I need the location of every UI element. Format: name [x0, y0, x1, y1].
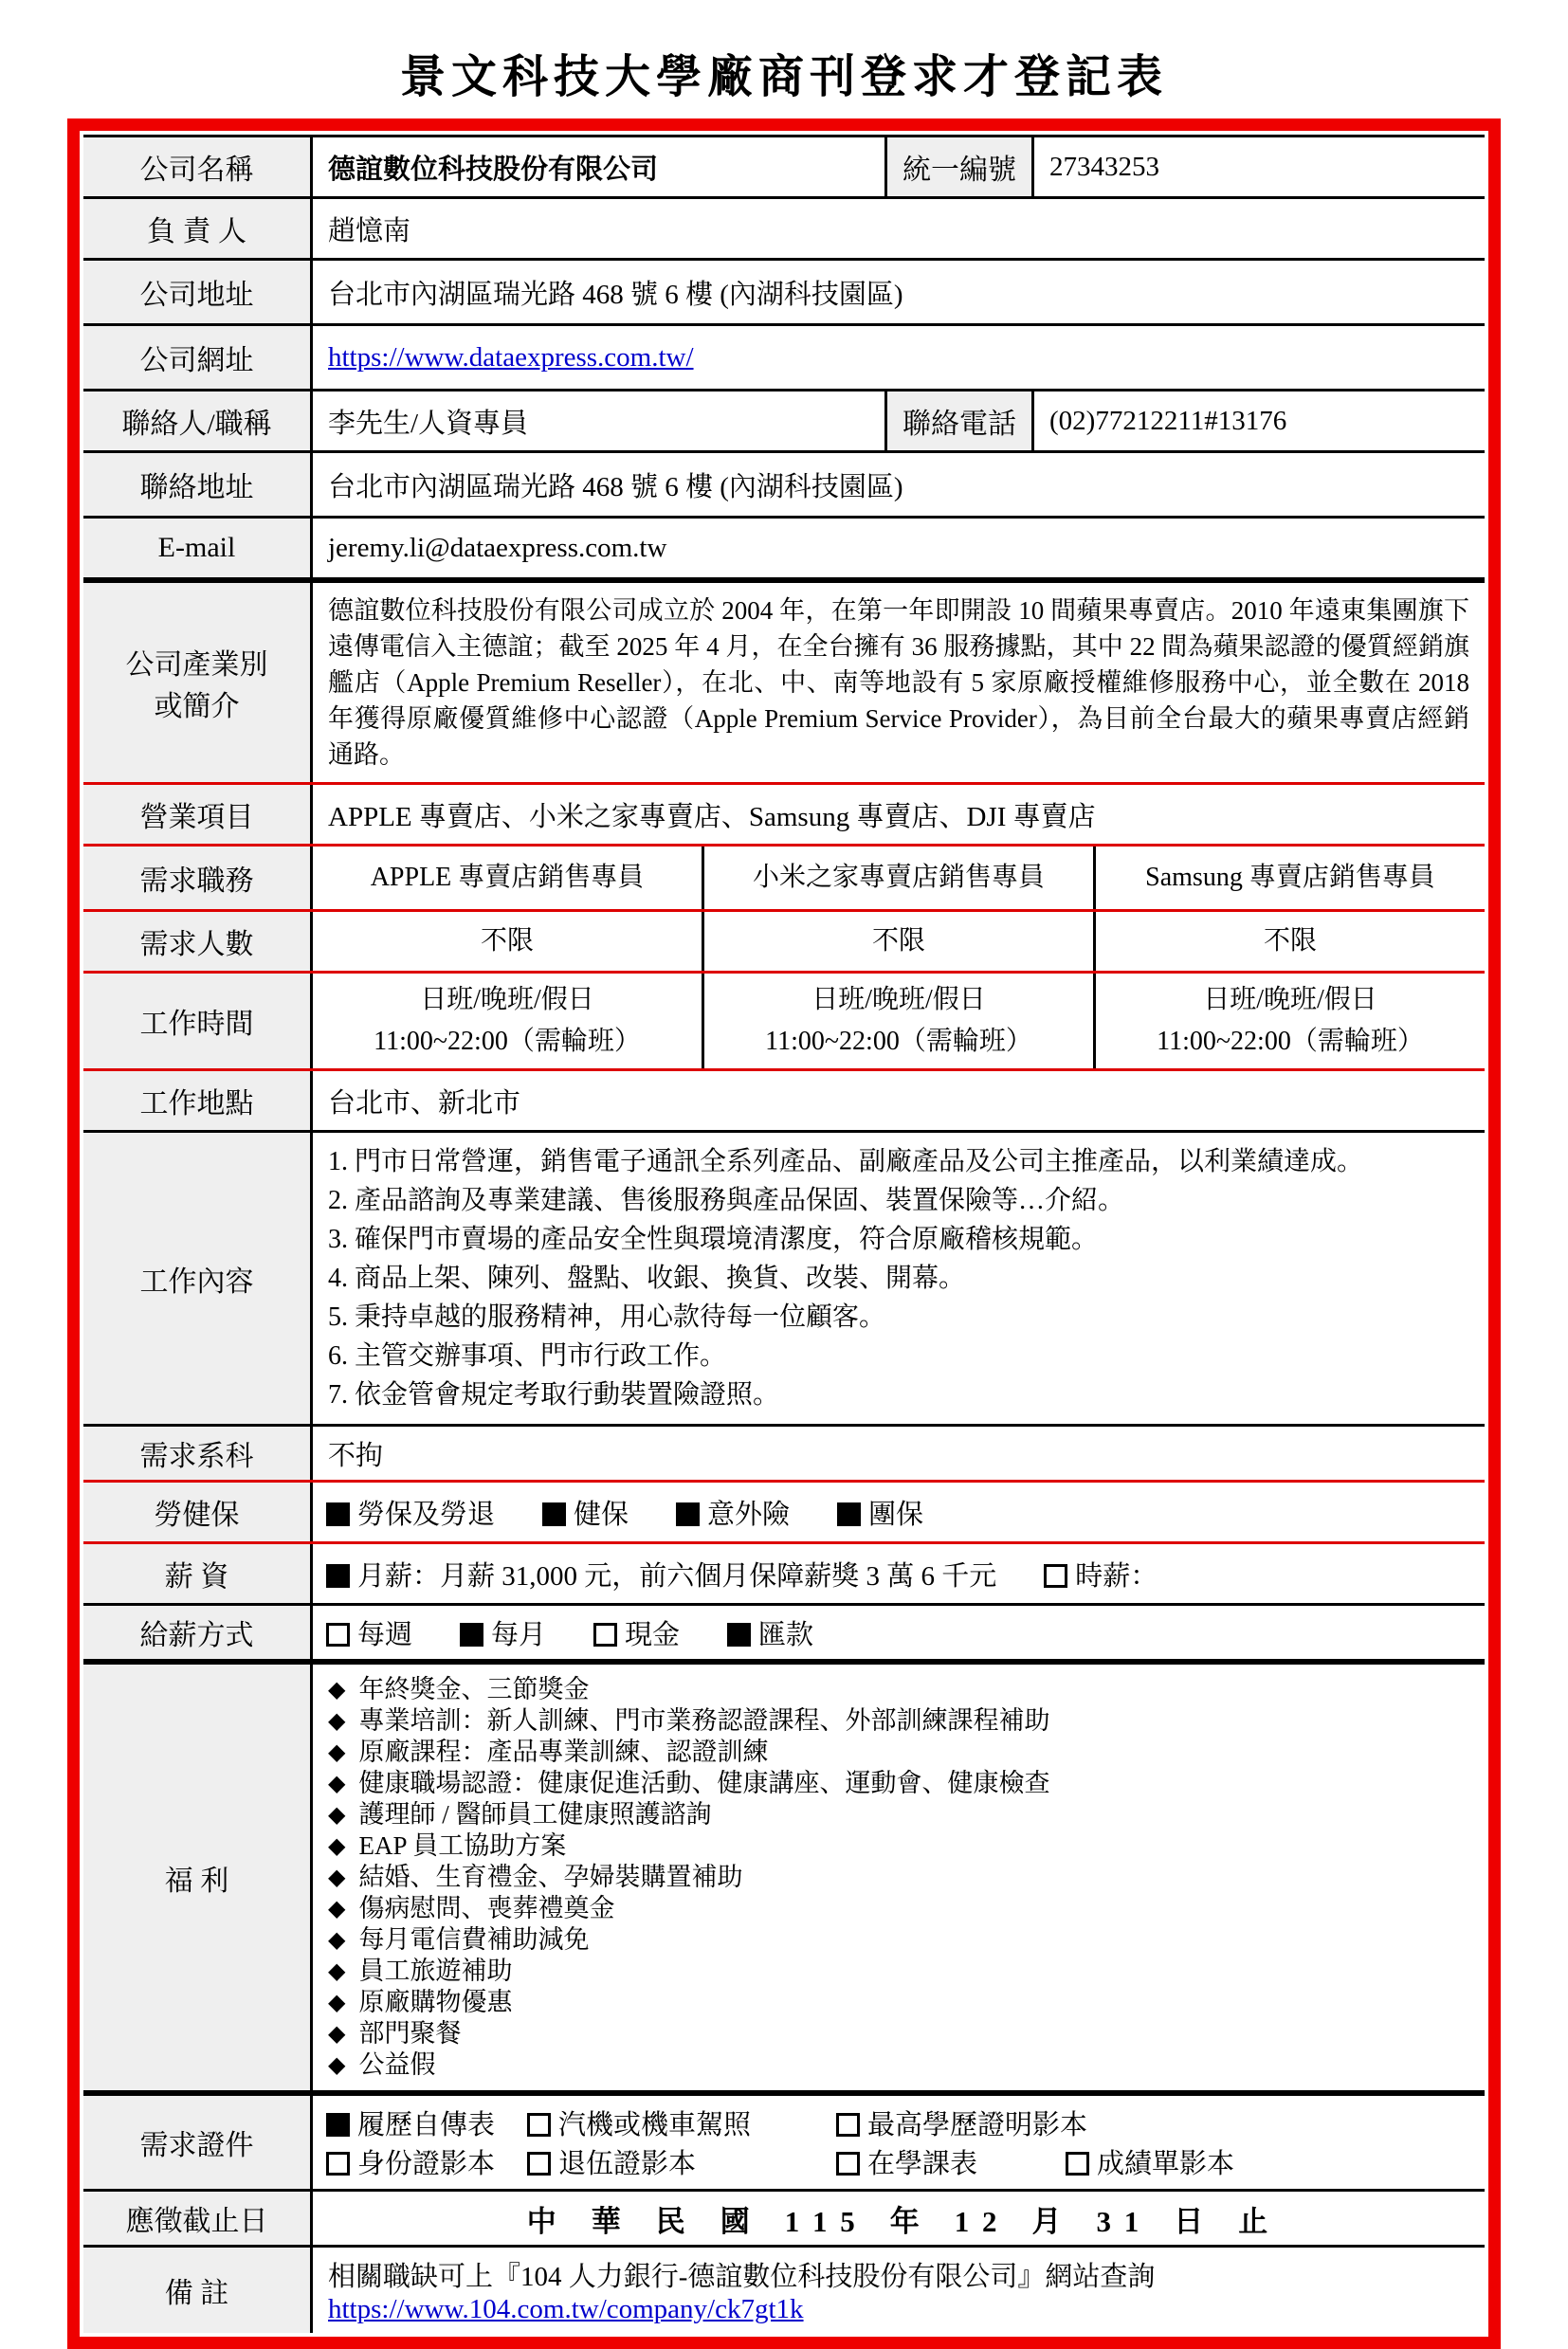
row-pay-method: 給薪方式 每週 每月 現金 匯款: [83, 1606, 1485, 1665]
checkbox-icon: [527, 2152, 551, 2176]
work-content-item: 7. 依金管會規定考取行動裝置險證照。: [328, 1375, 1469, 1414]
work-location-value: 台北市、新北市: [313, 1071, 1485, 1130]
row-insurance: 勞健保 勞保及勞退 健保 意外險 團保: [83, 1483, 1485, 1544]
benefit-item: ◆年終獎金、三節獎金: [328, 1674, 1469, 1705]
checkbox-icon: [542, 1502, 566, 1526]
row-industry: 公司產業別 或簡介 德誼數位科技股份有限公司成立於 2004 年，在第一年即開設…: [83, 583, 1485, 785]
headcount-col-3: 不限: [1093, 912, 1485, 971]
contact-phone-label: 聯絡電話: [884, 391, 1034, 450]
headcount-col-1: 不限: [313, 912, 702, 971]
owner-value: 趙憶南: [313, 199, 1485, 258]
documents-options: 履歷自傳表 汽機或機車駕照 最高學歷證明影本 身份證影本 退伍證影本 在學課表 …: [313, 2096, 1485, 2189]
benefit-item: ◆每月電信費補助減免: [328, 1924, 1469, 1956]
row-notes: 備 註 相關職缺可上『104 人力銀行-德誼數位科技股份有限公司』網站查詢 ht…: [83, 2248, 1485, 2333]
page-title: 景文科技大學廠商刊登求才登記表: [0, 40, 1568, 105]
benefit-item: ◆健康職場認證：健康促進活動、健康講座、運動會、健康檢查: [328, 1768, 1469, 1799]
pay-method-option: 現金: [593, 1613, 680, 1652]
diamond-bullet-icon: ◆: [328, 1928, 345, 1953]
benefits-list: ◆年終獎金、三節獎金 ◆專業培訓：新人訓練、門市業務認證課程、外部訓練課程補助 …: [313, 1665, 1485, 2090]
diamond-bullet-icon: ◆: [328, 1709, 345, 1734]
notes-label: 備 註: [83, 2248, 313, 2333]
diamond-bullet-icon: ◆: [328, 1866, 345, 1890]
positions-columns: APPLE 專賣店銷售專員 小米之家專賣店銷售專員 Samsung 專賣店銷售專…: [313, 847, 1485, 909]
work-hours-columns: 日班/晚班/假日 11:00~22:00（需輪班） 日班/晚班/假日 11:00…: [313, 974, 1485, 1068]
diamond-bullet-icon: ◆: [328, 1772, 345, 1796]
row-work-location: 工作地點 台北市、新北市: [83, 1071, 1485, 1133]
row-business-items: 營業項目 APPLE 專賣店、小米之家專賣店、Samsung 專賣店、DJI 專…: [83, 785, 1485, 847]
row-benefits: 福 利 ◆年終獎金、三節獎金 ◆專業培訓：新人訓練、門市業務認證課程、外部訓練課…: [83, 1665, 1485, 2096]
work-content-item: 6. 主管交辦事項、門市行政工作。: [328, 1337, 1469, 1375]
document-option: 在學課表: [836, 2142, 1066, 2181]
document-option: 最高學歷證明影本: [836, 2103, 1066, 2142]
pay-method-label: 給薪方式: [83, 1606, 313, 1659]
email-label: E-mail: [83, 519, 313, 577]
row-departments: 需求系科 不拘: [83, 1427, 1485, 1483]
documents-label: 需求證件: [83, 2096, 313, 2189]
owner-label: 負 責 人: [83, 199, 313, 258]
row-company-name: 公司名稱 德誼數位科技股份有限公司 統一編號 27343253: [83, 135, 1485, 199]
row-positions: 需求職務 APPLE 專賣店銷售專員 小米之家專賣店銷售專員 Samsung 專…: [83, 847, 1485, 912]
work-content-item: 3. 確保門市賣場的產品安全性與環境清潔度，符合原廠稽核規範。: [328, 1220, 1469, 1259]
diamond-bullet-icon: ◆: [328, 2022, 345, 2047]
row-contact: 聯絡人/職稱 李先生/人資專員 聯絡電話 (02)77212211#13176: [83, 391, 1485, 453]
checkbox-icon: [326, 1623, 350, 1647]
company-website-label: 公司網址: [83, 326, 313, 389]
insurance-option: 勞保及勞退: [326, 1493, 495, 1532]
benefit-item: ◆專業培訓：新人訓練、門市業務認證課程、外部訓練課程補助: [328, 1705, 1469, 1737]
notes-link[interactable]: https://www.104.com.tw/company/ck7gt1k: [328, 2294, 1469, 2325]
row-email: E-mail jeremy.li@dataexpress.com.tw: [83, 519, 1485, 583]
pay-method-option: 每週: [326, 1613, 412, 1652]
row-contact-address: 聯絡地址 台北市內湖區瑞光路 468 號 6 樓 (內湖科技園區): [83, 453, 1485, 519]
insurance-options: 勞保及勞退 健保 意外險 團保: [313, 1483, 1485, 1541]
benefit-item: ◆部門聚餐: [328, 2018, 1469, 2049]
checkbox-icon: [326, 2113, 350, 2137]
deadline-label: 應徵截止日: [83, 2192, 313, 2245]
registration-form-table: 公司名稱 德誼數位科技股份有限公司 統一編號 27343253 負 責 人 趙憶…: [67, 118, 1501, 2349]
business-items-label: 營業項目: [83, 785, 313, 844]
row-work-content: 工作內容 1. 門市日常營運，銷售電子通訊全系列產品、副廠產品及公司主推產品，以…: [83, 1133, 1485, 1427]
row-headcount: 需求人數 不限 不限 不限: [83, 912, 1485, 974]
pay-method-option: 每月: [460, 1613, 546, 1652]
documents-line-2: 身份證影本 退伍證影本 在學課表 成績單影本: [326, 2142, 1485, 2181]
salary-options: 月薪：月薪 31,000 元，前六個月保障薪獎 3 萬 6 千元 時薪：: [313, 1544, 1485, 1603]
work-hours-label: 工作時間: [83, 974, 313, 1068]
benefit-item: ◆結婚、生育禮金、孕婦裝購置補助: [328, 1862, 1469, 1893]
company-website-cell: https://www.dataexpress.com.tw/: [313, 326, 1485, 389]
insurance-option: 健保: [542, 1493, 629, 1532]
salary-option-monthly: 月薪：月薪 31,000 元，前六個月保障薪獎 3 萬 6 千元: [326, 1555, 996, 1593]
pay-method-options: 每週 每月 現金 匯款: [313, 1606, 1485, 1659]
benefit-item: ◆原廠課程：產品專業訓練、認證訓練: [328, 1737, 1469, 1768]
position-col-2: 小米之家專賣店銷售專員: [702, 847, 1093, 909]
checkbox-icon: [676, 1502, 700, 1526]
tax-id-label: 統一編號: [884, 137, 1034, 196]
positions-label: 需求職務: [83, 847, 313, 909]
insurance-option: 團保: [837, 1493, 923, 1532]
checkbox-icon: [837, 1502, 861, 1526]
benefits-label: 福 利: [83, 1665, 313, 2090]
checkbox-icon: [836, 2152, 860, 2176]
row-deadline: 應徵截止日 中 華 民 國 1 1 5 年 1 2 月 3 1 日 止: [83, 2192, 1485, 2248]
page: 景文科技大學廠商刊登求才登記表 公司名稱 德誼數位科技股份有限公司 統一編號 2…: [0, 0, 1568, 2349]
contact-phone-value: (02)77212211#13176: [1034, 391, 1485, 450]
work-content-label: 工作內容: [83, 1133, 313, 1424]
contact-address-label: 聯絡地址: [83, 453, 313, 516]
diamond-bullet-icon: ◆: [328, 2053, 345, 2078]
work-content-list: 1. 門市日常營運，銷售電子通訊全系列產品、副廠產品及公司主推產品，以利業績達成…: [313, 1133, 1485, 1424]
checkbox-icon: [727, 1623, 751, 1647]
checkbox-icon: [836, 2113, 860, 2137]
notes-text: 相關職缺可上『104 人力銀行-德誼數位科技股份有限公司』網站查詢: [328, 2255, 1469, 2294]
industry-description: 德誼數位科技股份有限公司成立於 2004 年，在第一年即開設 10 間蘋果專賣店…: [313, 583, 1485, 782]
benefit-item: ◆員工旅遊補助: [328, 1956, 1469, 1987]
checkbox-icon: [527, 2113, 551, 2137]
benefit-item: ◆EAP 員工協助方案: [328, 1830, 1469, 1862]
work-content-item: 4. 商品上架、陳列、盤點、收銀、換貨、改裝、開幕。: [328, 1259, 1469, 1298]
checkbox-icon: [460, 1623, 483, 1647]
benefit-item: ◆原廠購物優惠: [328, 1987, 1469, 2018]
position-col-1: APPLE 專賣店銷售專員: [313, 847, 702, 909]
contact-value: 李先生/人資專員: [313, 391, 884, 450]
diamond-bullet-icon: ◆: [328, 1991, 345, 2015]
departments-value: 不拘: [313, 1427, 1485, 1480]
document-option: 汽機或機車駕照: [527, 2103, 836, 2142]
work-content-item: 1. 門市日常營運，銷售電子通訊全系列產品、副廠產品及公司主推產品，以利業績達成…: [328, 1142, 1469, 1181]
company-name-label: 公司名稱: [83, 137, 313, 196]
tax-id-value: 27343253: [1034, 137, 1485, 196]
diamond-bullet-icon: ◆: [328, 1678, 345, 1703]
row-company-website: 公司網址 https://www.dataexpress.com.tw/: [83, 326, 1485, 391]
salary-option-hourly: 時薪：: [1044, 1555, 1158, 1593]
row-documents: 需求證件 履歷自傳表 汽機或機車駕照 最高學歷證明影本 身份證影本 退伍證影本 …: [83, 2096, 1485, 2192]
work-hours-col-3: 日班/晚班/假日 11:00~22:00（需輪班）: [1093, 974, 1485, 1068]
company-address-value: 台北市內湖區瑞光路 468 號 6 樓 (內湖科技園區): [313, 261, 1485, 323]
checkbox-icon: [326, 2152, 350, 2176]
salary-label: 薪 資: [83, 1544, 313, 1603]
work-content-item: 5. 秉持卓越的服務精神，用心款待每一位顧客。: [328, 1298, 1469, 1337]
benefit-item: ◆護理師 / 醫師員工健康照護諮詢: [328, 1799, 1469, 1830]
company-name-value: 德誼數位科技股份有限公司: [313, 137, 884, 196]
work-location-label: 工作地點: [83, 1071, 313, 1130]
diamond-bullet-icon: ◆: [328, 1959, 345, 1984]
departments-label: 需求系科: [83, 1427, 313, 1480]
headcount-label: 需求人數: [83, 912, 313, 971]
contact-label: 聯絡人/職稱: [83, 391, 313, 450]
insurance-label: 勞健保: [83, 1483, 313, 1541]
contact-address-value: 台北市內湖區瑞光路 468 號 6 樓 (內湖科技園區): [313, 453, 1485, 516]
diamond-bullet-icon: ◆: [328, 1897, 345, 1921]
row-owner: 負 責 人 趙憶南: [83, 199, 1485, 261]
checkbox-icon: [593, 1623, 617, 1647]
insurance-option: 意外險: [676, 1493, 790, 1532]
benefit-item: ◆公益假: [328, 2049, 1469, 2081]
diamond-bullet-icon: ◆: [328, 1803, 345, 1828]
checkbox-icon: [1044, 1564, 1067, 1588]
deadline-value: 中 華 民 國 1 1 5 年 1 2 月 3 1 日 止: [313, 2192, 1485, 2245]
document-option: 身份證影本: [326, 2142, 527, 2181]
company-address-label: 公司地址: [83, 261, 313, 323]
work-hours-col-1: 日班/晚班/假日 11:00~22:00（需輪班）: [313, 974, 702, 1068]
document-option: 成績單影本: [1066, 2142, 1485, 2181]
position-col-3: Samsung 專賣店銷售專員: [1093, 847, 1485, 909]
checkbox-icon: [326, 1564, 350, 1588]
row-company-address: 公司地址 台北市內湖區瑞光路 468 號 6 樓 (內湖科技園區): [83, 261, 1485, 326]
industry-label: 公司產業別 或簡介: [83, 583, 313, 782]
work-hours-col-2: 日班/晚班/假日 11:00~22:00（需輪班）: [702, 974, 1093, 1068]
company-website-link[interactable]: https://www.dataexpress.com.tw/: [328, 342, 694, 373]
document-option: 履歷自傳表: [326, 2103, 527, 2142]
checkbox-icon: [1066, 2152, 1089, 2176]
row-salary: 薪 資 月薪：月薪 31,000 元，前六個月保障薪獎 3 萬 6 千元 時薪：: [83, 1544, 1485, 1606]
document-option: 退伍證影本: [527, 2142, 836, 2181]
diamond-bullet-icon: ◆: [328, 1834, 345, 1859]
headcount-col-2: 不限: [702, 912, 1093, 971]
documents-line-1: 履歷自傳表 汽機或機車駕照 最高學歷證明影本: [326, 2103, 1485, 2142]
pay-method-option: 匯款: [727, 1613, 813, 1652]
notes-content: 相關職缺可上『104 人力銀行-德誼數位科技股份有限公司』網站查詢 https:…: [313, 2248, 1485, 2333]
email-value: jeremy.li@dataexpress.com.tw: [313, 519, 1485, 577]
row-work-hours: 工作時間 日班/晚班/假日 11:00~22:00（需輪班） 日班/晚班/假日 …: [83, 974, 1485, 1071]
checkbox-icon: [326, 1502, 350, 1526]
benefit-item: ◆傷病慰問、喪葬禮奠金: [328, 1893, 1469, 1924]
diamond-bullet-icon: ◆: [328, 1740, 345, 1765]
headcount-columns: 不限 不限 不限: [313, 912, 1485, 971]
work-content-item: 2. 產品諮詢及專業建議、售後服務與產品保固、裝置保險等…介紹。: [328, 1181, 1469, 1220]
business-items-value: APPLE 專賣店、小米之家專賣店、Samsung 專賣店、DJI 專賣店: [313, 785, 1485, 844]
